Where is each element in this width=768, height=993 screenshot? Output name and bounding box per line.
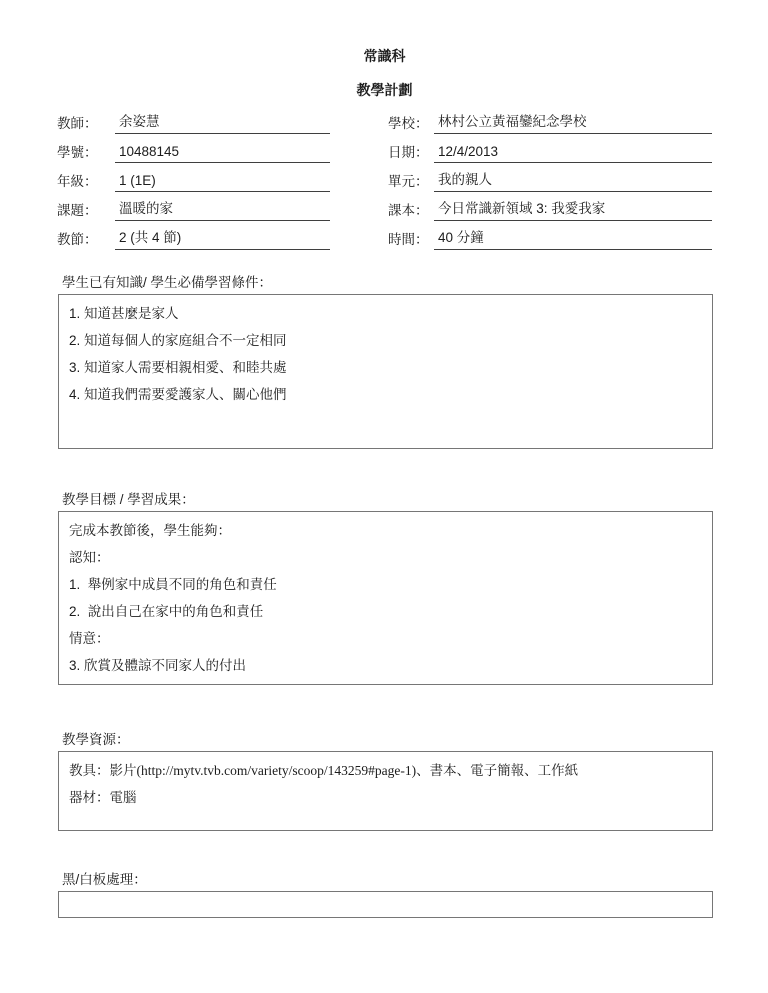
duration-label: 時間： <box>388 228 434 250</box>
section-board: 黑/白板處理： <box>58 871 712 918</box>
document-subtitle: 教學計劃 <box>57 82 712 98</box>
topic-label: 課題： <box>57 199 115 221</box>
teacher-label: 教師： <box>57 112 115 134</box>
session-label: 教節： <box>57 228 115 250</box>
lesson-info-form: 教師： 余姿慧 學號： 10488145 年級： 1 (1E) 課題： 溫暖的家… <box>57 112 712 257</box>
board-box <box>58 891 713 918</box>
prior-knowledge-item: 3. 知道家人需要相親相愛、和睦共處 <box>69 354 702 381</box>
objectives-heading: 教學目標 / 學習成果： <box>58 491 712 508</box>
form-left-column: 教師： 余姿慧 學號： 10488145 年級： 1 (1E) 課題： 溫暖的家… <box>57 112 330 257</box>
objectives-item: 1. 舉例家中成員不同的角色和責任 <box>69 571 702 598</box>
form-right-column: 學校： 林村公立黃福鑾紀念學校 日期： 12/4/2013 單元： 我的親人 課… <box>388 112 712 257</box>
textbook-label: 課本： <box>388 199 434 221</box>
resources-equipment-line: 器材：電腦 <box>69 784 702 811</box>
grade-label: 年級： <box>57 170 115 192</box>
unit-value: 我的親人 <box>434 168 712 192</box>
unit-label: 單元： <box>388 170 434 192</box>
student-id-value: 10488145 <box>115 144 330 163</box>
form-row-unit: 單元： 我的親人 <box>388 170 712 192</box>
form-row-textbook: 課本： 今日常識新領域 3: 我愛我家 <box>388 199 712 221</box>
session-value: 2 (共 4 節) <box>115 226 330 250</box>
form-row-student-id: 學號： 10488145 <box>57 141 330 163</box>
form-row-grade: 年級： 1 (1E) <box>57 170 330 192</box>
form-row-session: 教節： 2 (共 4 節) <box>57 228 330 250</box>
form-row-duration: 時間： 40 分鐘 <box>388 228 712 250</box>
form-row-teacher: 教師： 余姿慧 <box>57 112 330 134</box>
section-resources: 教學資源： 教具：影片(http://mytv.tvb.com/variety/… <box>58 731 712 831</box>
subject-title: 常識科 <box>57 48 712 64</box>
section-objectives: 教學目標 / 學習成果： 完成本教節後，學生能夠： 認知： 1. 舉例家中成員不… <box>58 491 712 685</box>
resources-video-url: (http://mytv.tvb.com/variety/scoop/14325… <box>137 763 417 778</box>
resources-aids-suffix: 、書本、電子簡報、工作紙 <box>416 763 578 778</box>
section-prior-knowledge: 學生已有知識/ 學生必備學習條件： 1. 知道甚麼是家人 2. 知道每個人的家庭… <box>58 274 712 449</box>
document-title: 常識科 教學計劃 <box>57 48 712 98</box>
form-row-school: 學校： 林村公立黃福鑾紀念學校 <box>388 112 712 134</box>
objectives-item: 2. 說出自己在家中的角色和責任 <box>69 598 702 625</box>
objectives-item: 3. 欣賞及體諒不同家人的付出 <box>69 652 702 679</box>
prior-knowledge-box: 1. 知道甚麼是家人 2. 知道每個人的家庭組合不一定相同 3. 知道家人需要相… <box>58 294 713 449</box>
student-id-label: 學號： <box>57 141 115 163</box>
objectives-intro: 完成本教節後，學生能夠： <box>69 517 702 544</box>
resources-aids-line: 教具：影片(http://mytv.tvb.com/variety/scoop/… <box>69 757 702 784</box>
prior-knowledge-item: 1. 知道甚麼是家人 <box>69 300 702 327</box>
school-value: 林村公立黃福鑾紀念學校 <box>434 110 712 134</box>
objectives-cognitive-label: 認知： <box>69 544 702 571</box>
date-value: 12/4/2013 <box>434 144 712 163</box>
resources-heading: 教學資源： <box>58 731 712 748</box>
objectives-affective-label: 情意： <box>69 625 702 652</box>
document-page: 常識科 教學計劃 教師： 余姿慧 學號： 10488145 年級： 1 (1E)… <box>0 0 768 993</box>
board-heading: 黑/白板處理： <box>58 871 712 888</box>
resources-box: 教具：影片(http://mytv.tvb.com/variety/scoop/… <box>58 751 713 831</box>
resources-aids-prefix: 教具：影片 <box>69 763 137 778</box>
school-label: 學校： <box>388 112 434 134</box>
objectives-box: 完成本教節後，學生能夠： 認知： 1. 舉例家中成員不同的角色和責任 2. 說出… <box>58 511 713 685</box>
grade-value: 1 (1E) <box>115 173 330 192</box>
teacher-value: 余姿慧 <box>115 110 330 134</box>
prior-knowledge-item: 2. 知道每個人的家庭組合不一定相同 <box>69 327 702 354</box>
duration-value: 40 分鐘 <box>434 226 712 250</box>
prior-knowledge-heading: 學生已有知識/ 學生必備學習條件： <box>58 274 712 291</box>
form-row-topic: 課題： 溫暖的家 <box>57 199 330 221</box>
topic-value: 溫暖的家 <box>115 197 330 221</box>
textbook-value: 今日常識新領域 3: 我愛我家 <box>434 197 712 221</box>
form-row-date: 日期： 12/4/2013 <box>388 141 712 163</box>
prior-knowledge-item: 4. 知道我們需要愛護家人、關心他們 <box>69 381 702 408</box>
date-label: 日期： <box>388 141 434 163</box>
